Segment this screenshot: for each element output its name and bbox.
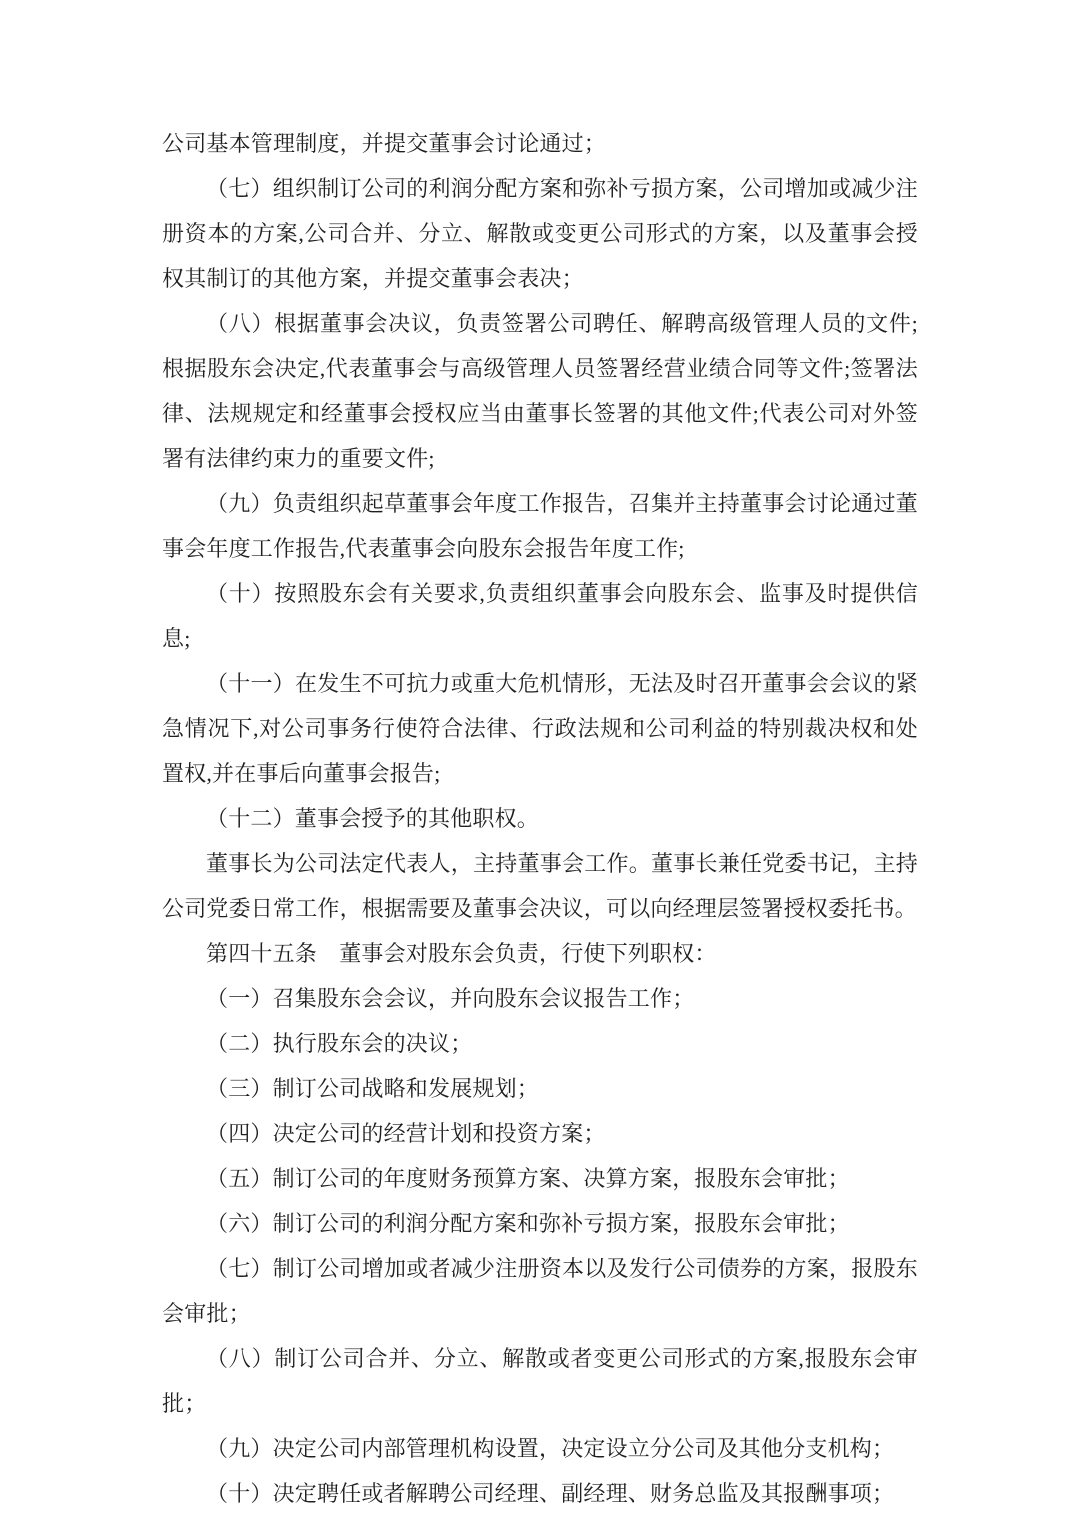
paragraph: 公司基本管理制度，并提交董事会讨论通过； [162, 121, 918, 166]
paragraph: （二）执行股东会的决议； [162, 1021, 918, 1066]
paragraph: （八）制订公司合并、分立、解散或者变更公司形式的方案,报股东会审批； [162, 1336, 918, 1426]
article-heading: 第四十五条 董事会对股东会负责，行使下列职权： [162, 931, 918, 976]
paragraph: （十）按照股东会有关要求,负责组织董事会向股东会、监事及时提供信息; [162, 571, 918, 661]
paragraph: （十二）董事会授予的其他职权。 [162, 796, 918, 841]
paragraph: 董事长为公司法定代表人，主持董事会工作。董事长兼任党委书记，主持公司党委日常工作… [162, 841, 918, 931]
paragraph: （十）决定聘任或者解聘公司经理、副经理、财务总监及其报酬事项； [162, 1471, 918, 1516]
paragraph: （七）制订公司增加或者减少注册资本以及发行公司债券的方案，报股东会审批； [162, 1246, 918, 1336]
paragraph: （六）制订公司的利润分配方案和弥补亏损方案，报股东会审批； [162, 1201, 918, 1246]
paragraph: （九）负责组织起草董事会年度工作报告，召集并主持董事会讨论通过董事会年度工作报告… [162, 481, 918, 571]
paragraph: （四）决定公司的经营计划和投资方案； [162, 1111, 918, 1156]
paragraph: （八）根据董事会决议，负责签署公司聘任、解聘高级管理人员的文件;根据股东会决定,… [162, 301, 918, 481]
paragraph: （五）制订公司的年度财务预算方案、决算方案，报股东会审批； [162, 1156, 918, 1201]
paragraph: （九）决定公司内部管理机构设置，决定设立分公司及其他分支机构； [162, 1426, 918, 1471]
paragraph: （一）召集股东会会议，并向股东会议报告工作； [162, 976, 918, 1021]
paragraph: （三）制订公司战略和发展规划； [162, 1066, 918, 1111]
document-page: 公司基本管理制度，并提交董事会讨论通过；（七）组织制订公司的利润分配方案和弥补亏… [0, 0, 1080, 1527]
paragraph: （十一）在发生不可抗力或重大危机情形，无法及时召开董事会会议的紧急情况下,对公司… [162, 661, 918, 796]
document-text-block: 公司基本管理制度，并提交董事会讨论通过；（七）组织制订公司的利润分配方案和弥补亏… [162, 121, 918, 1516]
paragraph: （七）组织制订公司的利润分配方案和弥补亏损方案，公司增加或减少注册资本的方案,公… [162, 166, 918, 301]
